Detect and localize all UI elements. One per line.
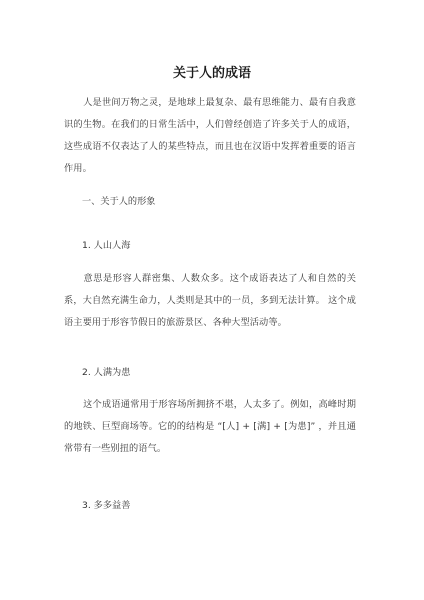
item-title-1: 1. 人山人海: [82, 237, 130, 251]
item-body-2-text: 这个成语通常用于形容场所拥挤不堪，人太多了。例如，高峰时期的地铁、巨型商场等。它…: [64, 399, 356, 454]
item-body-2: 这个成语通常用于形容场所拥挤不堪，人太多了。例如，高峰时期的地铁、巨型商场等。它…: [64, 394, 356, 460]
item-body-1: 意思是形容人群密集、人数众多。这个成语表达了人和自然的关系，大自然充满生命力，人…: [64, 268, 356, 334]
item-body-1-text: 意思是形容人群密集、人数众多。这个成语表达了人和自然的关系，大自然充满生命力，人…: [64, 273, 356, 328]
item-title-3: 3. 多多益善: [82, 497, 130, 511]
intro-text: 人是世间万物之灵，是地球上最复杂、最有思维能力、最有自我意识的生物。在我们的日常…: [64, 97, 356, 174]
section-heading: 一、关于人的形象: [82, 193, 156, 207]
document-title: 关于人的成语: [0, 62, 424, 81]
intro-paragraph: 人是世间万物之灵，是地球上最复杂、最有思维能力、最有自我意识的生物。在我们的日常…: [64, 92, 356, 180]
item-title-2: 2. 人满为患: [82, 364, 130, 378]
